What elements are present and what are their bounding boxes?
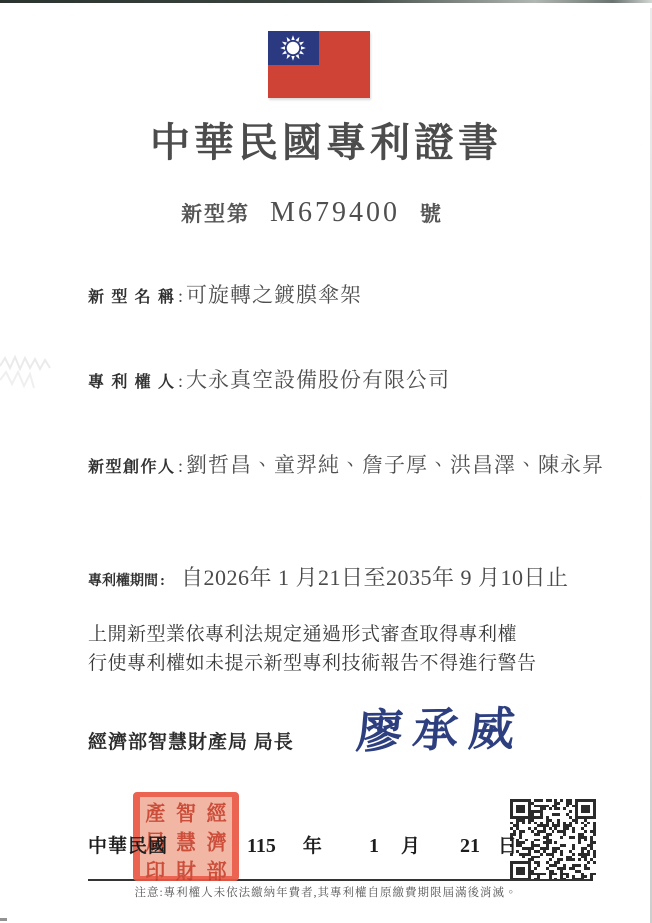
field-label: 新型創作人 (88, 454, 174, 477)
seal-glyph: 智 (171, 796, 202, 826)
field-creators: 新型創作人 : 劉哲昌、童羿純、詹子厚、洪昌澤、陳永昇 (88, 449, 604, 479)
cert-number-suffix: 號 (420, 198, 443, 228)
date-year-unit: 年 (303, 831, 322, 858)
field-label: 新型名稱 (88, 284, 174, 307)
date-month-unit: 月 (401, 831, 420, 858)
issuer-title: 經濟部智慧財產局 局長 (88, 727, 294, 754)
scan-artifact-zigzag (0, 350, 52, 396)
date-era: 中華民國 (88, 831, 168, 858)
field-colon: : (178, 286, 183, 307)
field-value: 自2026年 1 月21日至2035年 9 月10日止 (181, 561, 569, 592)
date-day: 21 (460, 835, 480, 858)
qr-code (510, 799, 596, 881)
certificate-number-line: 新型第 M679400 號 (0, 197, 638, 229)
cert-number-value: M679400 (270, 197, 400, 229)
scan-artifact-top (0, 0, 652, 3)
seal-glyph: 部 (201, 854, 232, 884)
seal-glyph: 產 (140, 796, 171, 826)
field-colon: : (178, 371, 183, 392)
legal-notice-line-1: 上開新型業依專利法規定通過形式審查取得專利權 (88, 620, 537, 649)
seal-glyph: 經 (201, 796, 232, 826)
field-value: 大永真空設備股份有限公司 (186, 364, 450, 394)
seal-glyph: 印 (140, 854, 171, 884)
legal-notice-line-2: 行使專利權如未提示新型專利技術報告不得進行警告 (88, 649, 537, 678)
cert-number-prefix: 新型第 (181, 198, 250, 228)
field-value: 可旋轉之鍍膜傘架 (186, 279, 362, 309)
field-patentee: 專利權人 : 大永真空設備股份有限公司 (88, 364, 450, 394)
field-value: 劉哲昌、童羿純、詹子厚、洪昌澤、陳永昇 (186, 449, 604, 479)
director-signature: 廖承威 (353, 693, 529, 762)
field-utility-model-name: 新型名稱 : 可旋轉之鍍膜傘架 (88, 279, 362, 309)
seal-glyph: 財 (171, 854, 202, 884)
certificate-title: 中華民國專利證書 (0, 111, 652, 168)
patent-certificate-page: 中華民國專利證書 新型第 M679400 號 新型名稱 : 可旋轉之鍍膜傘架 專… (0, 0, 652, 923)
field-label: 專利權期間 (88, 570, 158, 590)
flag-canton (268, 31, 319, 65)
footer-note: 注意:專利權人未依法繳納年費者,其專利權自原繳費期限屆滿後消滅。 (0, 884, 652, 900)
field-colon: : (178, 456, 183, 477)
white-sun-icon (278, 33, 308, 63)
issue-date-line: 中華民國 115 年 1 月 21 日 (88, 831, 517, 858)
field-label: 專利權人 (88, 369, 174, 392)
scan-artifact-bottom-left (0, 918, 7, 921)
legal-notice: 上開新型業依專利法規定通過形式審查取得專利權 行使專利權如未提示新型專利技術報告… (88, 620, 537, 678)
date-year: 115 (247, 835, 276, 858)
taiwan-flag (268, 31, 370, 98)
date-day-unit: 日 (498, 831, 517, 858)
field-colon: : (160, 573, 165, 590)
date-month: 1 (369, 835, 379, 858)
field-patent-term: 專利權期間 : 自2026年 1 月21日至2035年 9 月10日止 (88, 561, 569, 592)
